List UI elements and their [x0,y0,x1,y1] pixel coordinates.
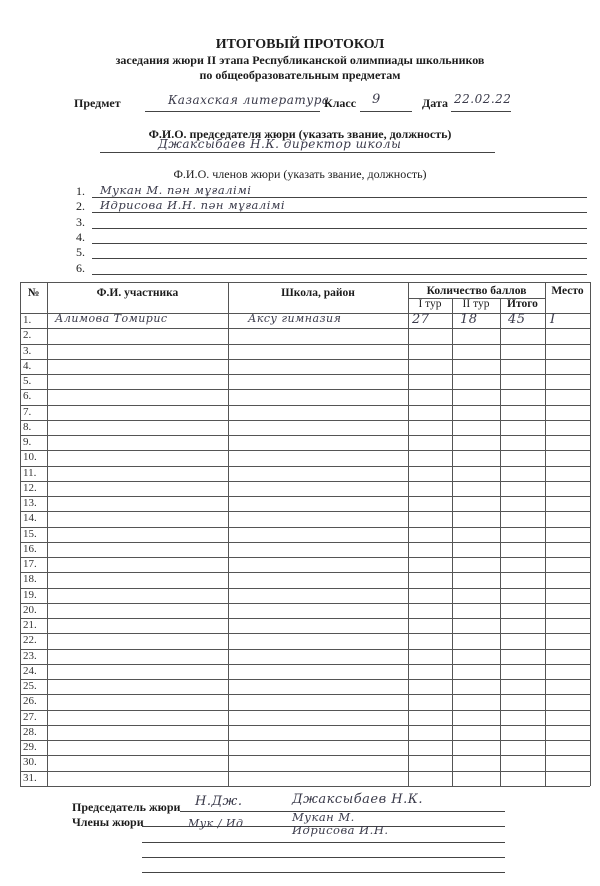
signature-name: Джаксыбаев Н.К. [292,792,423,807]
table-row-line [20,664,590,665]
table-row-line [20,527,590,528]
chairman-underline [100,152,495,153]
row-number: 29. [23,741,37,753]
row-number: 20. [23,604,37,616]
row-number: 14. [23,512,37,524]
member-number: 2. [76,199,85,214]
row-number: 7. [23,406,31,418]
document-subtitle: заседания жюри II этапа Республиканской … [0,53,600,68]
member-underline [92,243,587,244]
table-row-line [20,633,590,634]
subject-field[interactable]: Казахская литература [168,93,330,107]
table-row-line [20,420,590,421]
signature-name: Идрисова И.Н. [292,823,389,837]
row-number: 21. [23,619,37,631]
members-label: Ф.И.О. членов жюри (указать звание, долж… [0,167,600,182]
table-row-line [20,389,590,390]
cell-name[interactable]: Алимова Томирис [55,312,168,325]
table-row-line [20,603,590,604]
cell-place[interactable]: I [550,312,556,327]
table-row-line [20,405,590,406]
table-row-line [20,740,590,741]
document-subtitle-2: по общеобразовательным предметам [0,68,600,83]
chairman-field[interactable]: Джаксыбаев Н.К. директор школы [158,137,401,151]
member-number: 3. [76,215,85,230]
row-number: 15. [23,528,37,540]
member-underline [92,274,587,275]
table-row-line [20,511,590,512]
row-number: 9. [23,436,31,448]
results-table: № Ф.И. участника Школа, район Количество… [20,282,590,790]
sig-members-label: Члены жюри [72,815,144,830]
table-row-line [20,679,590,680]
sig-chairman-label: Председатель жюри [72,800,180,815]
table-row-line [20,755,590,756]
table-row-line [20,572,590,573]
header-num: № [20,287,47,299]
date-field[interactable]: 22.02.22 [454,92,511,106]
row-number: 22. [23,634,37,646]
cell-school[interactable]: Аксу гимназия [248,312,341,325]
table-row-line [20,450,590,451]
member-number: 1. [76,184,85,199]
header-round2: II тур [452,298,500,310]
table-row-line [20,588,590,589]
subject-underline [145,111,320,112]
subject-label: Предмет [74,96,121,111]
cell-round1[interactable]: 27 [412,312,430,327]
member-number: 4. [76,230,85,245]
row-number: 18. [23,573,37,585]
row-number: 10. [23,451,37,463]
table-row-line [20,282,590,283]
row-number: 3. [23,345,31,357]
header-school: Школа, район [228,287,408,299]
row-number: 31. [23,772,37,784]
table-row-line [20,771,590,772]
row-number: 24. [23,665,37,677]
sig-line-3 [142,842,505,843]
table-row-line [20,649,590,650]
row-number: 5. [23,375,31,387]
row-number: 26. [23,695,37,707]
row-number: 30. [23,756,37,768]
table-row-line [20,359,590,360]
sig-line-5 [142,872,505,873]
member-underline [92,258,587,259]
table-row-line [20,374,590,375]
table-row-line [20,694,590,695]
member-field[interactable]: Идрисова И.Н. пән мұғалімі [100,198,285,212]
table-row-line [20,725,590,726]
member-number: 5. [76,245,85,260]
table-row-line [20,557,590,558]
row-number: 16. [23,543,37,555]
table-row-line [20,435,590,436]
header-score-group: Количество баллов [408,285,545,297]
header-place: Место [545,285,590,297]
date-underline [451,111,511,112]
member-field[interactable]: Мукан М. пән мұғалімі [100,183,251,197]
member-underline [92,212,587,213]
header-name: Ф.И. участника [47,287,228,299]
signature-name: Мукан М. [292,810,355,824]
table-row-line [20,328,590,329]
row-number: 13. [23,497,37,509]
table-row-line [20,496,590,497]
table-row-line [20,344,590,345]
member-underline [92,228,587,229]
cell-total[interactable]: 45 [508,312,526,327]
row-number: 23. [23,650,37,662]
table-row-line [20,786,590,787]
row-number: 27. [23,711,37,723]
date-label: Дата [422,96,448,111]
table-row-line [20,618,590,619]
table-row-line [20,481,590,482]
members-signature: Мук / Ид [188,817,243,830]
row-number: 28. [23,726,37,738]
header-total: Итого [500,298,545,310]
chairman-signature: Н.Дж. [195,794,242,809]
row-number: 2. [23,329,31,341]
row-number: 6. [23,390,31,402]
row-number: 11. [23,467,36,479]
row-number: 19. [23,589,37,601]
row-number: 1. [23,314,31,326]
table-row-line [408,298,545,299]
row-number: 12. [23,482,37,494]
table-row-line [20,710,590,711]
header-round1: I тур [408,298,452,310]
row-number: 4. [23,360,31,372]
document-title: ИТОГОВЫЙ ПРОТОКОЛ [0,37,600,53]
table-row-line [20,466,590,467]
table-column-line [590,282,591,786]
sig-line-4 [142,857,505,858]
row-number: 17. [23,558,37,570]
member-number: 6. [76,261,85,276]
cell-round2[interactable]: 18 [460,312,478,327]
row-number: 25. [23,680,37,692]
row-number: 8. [23,421,31,433]
class-field[interactable]: 9 [372,92,381,107]
table-row-line [20,542,590,543]
class-underline [360,111,412,112]
class-label: Класс [324,96,356,111]
